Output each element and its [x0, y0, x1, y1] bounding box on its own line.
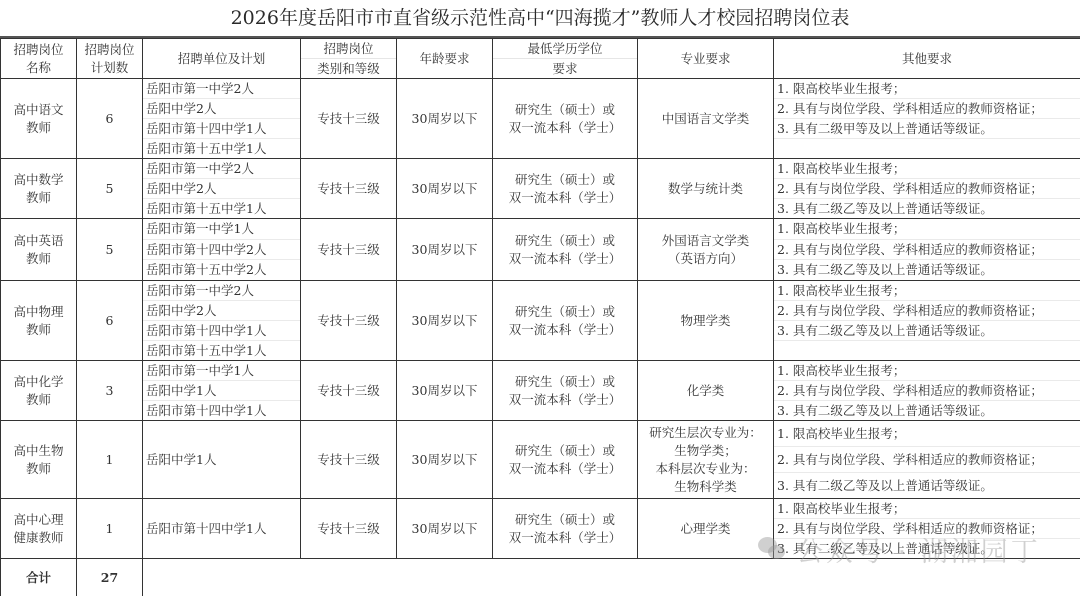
plan-count-cell: 5 [77, 159, 143, 219]
other-requirements-cell: 1. 限高校毕业生报考；2. 具有与岗位学段、学科相适应的教师资格证；3. 具有… [774, 281, 1080, 361]
education-cell: 研究生（硕士）或双一流本科（学士） [493, 79, 638, 159]
position-name-cell: 高中生物教师 [1, 421, 77, 499]
requirement-item: 1. 限高校毕业生报考； [774, 281, 1080, 301]
table-row: 高中心理健康教师1岳阳市第十四中学1人专技十三级30周岁以下研究生（硕士）或双一… [1, 499, 1080, 559]
major-cell: 外国语言文学类（英语方向） [638, 219, 774, 281]
requirement-item: 2. 具有与岗位学段、学科相适应的教师资格证； [774, 240, 1080, 261]
plan-count-cell: 6 [77, 281, 143, 361]
education-cell: 研究生（硕士）或双一流本科（学士） [493, 421, 638, 499]
other-requirements-cell: 1. 限高校毕业生报考；2. 具有与岗位学段、学科相适应的教师资格证；3. 具有… [774, 361, 1080, 421]
plan-count-cell: 5 [77, 219, 143, 281]
unit-item: 岳阳中学1人 [143, 381, 300, 401]
major-cell: 心理学类 [638, 499, 774, 559]
table-row: 高中化学教师3岳阳市第一中学1人岳阳中学1人岳阳市第十四中学1人专技十三级30周… [1, 361, 1080, 421]
header-category: 招聘岗位 类别和等级 [301, 39, 397, 79]
unit-item: 岳阳市第一中学1人 [143, 361, 300, 381]
age-cell: 30周岁以下 [397, 421, 493, 499]
table-row: 高中物理教师6岳阳市第一中学2人岳阳中学2人岳阳市第十四中学1人岳阳市第十五中学… [1, 281, 1080, 361]
units-cell: 岳阳市第一中学2人岳阳中学2人岳阳市第十五中学1人 [143, 159, 301, 219]
unit-item: 岳阳市第十五中学2人 [143, 260, 300, 280]
units-cell: 岳阳市第一中学2人岳阳中学2人岳阳市第十四中学1人岳阳市第十五中学1人 [143, 79, 301, 159]
age-cell: 30周岁以下 [397, 219, 493, 281]
unit-item: 岳阳市第十四中学1人 [143, 401, 300, 420]
units-cell: 岳阳市第一中学2人岳阳中学2人岳阳市第十四中学1人岳阳市第十五中学1人 [143, 281, 301, 361]
requirement-item: 1. 限高校毕业生报考； [774, 219, 1080, 240]
requirement-item: 2. 具有与岗位学段、学科相适应的教师资格证； [774, 301, 1080, 321]
total-empty-cell [143, 559, 1080, 596]
category-cell: 专技十三级 [301, 219, 397, 281]
category-cell: 专技十三级 [301, 281, 397, 361]
unit-item: 岳阳中学2人 [143, 301, 300, 321]
age-cell: 30周岁以下 [397, 281, 493, 361]
requirement-item: 1. 限高校毕业生报考； [774, 159, 1080, 179]
major-cell: 化学类 [638, 361, 774, 421]
requirement-item: 2. 具有与岗位学段、学科相适应的教师资格证； [774, 519, 1080, 539]
requirement-item: 3. 具有二级乙等及以上普通话等级证。 [774, 199, 1080, 218]
other-requirements-cell: 1. 限高校毕业生报考；2. 具有与岗位学段、学科相适应的教师资格证；3. 具有… [774, 421, 1080, 499]
header-row: 招聘岗位 名称 招聘岗位 计划数 招聘单位及计划 招聘岗位 类别和等级 年龄要求… [1, 39, 1080, 79]
position-name-cell: 高中物理教师 [1, 281, 77, 361]
table-row: 高中数学教师5岳阳市第一中学2人岳阳中学2人岳阳市第十五中学1人专技十三级30周… [1, 159, 1080, 219]
major-cell: 中国语言文学类 [638, 79, 774, 159]
table-row: 高中生物教师1岳阳中学1人专技十三级30周岁以下研究生（硕士）或双一流本科（学士… [1, 421, 1080, 499]
plan-count-cell: 1 [77, 421, 143, 499]
category-cell: 专技十三级 [301, 499, 397, 559]
position-name-cell: 高中语文教师 [1, 79, 77, 159]
unit-item: 岳阳市第十五中学1人 [143, 139, 300, 158]
unit-item: 岳阳市第十四中学2人 [143, 240, 300, 261]
unit-item: 岳阳中学2人 [143, 99, 300, 119]
other-requirements-cell: 1. 限高校毕业生报考；2. 具有与岗位学段、学科相适应的教师资格证；3. 具有… [774, 79, 1080, 159]
table-row: 高中英语教师5岳阳市第一中学1人岳阳市第十四中学2人岳阳市第十五中学2人专技十三… [1, 219, 1080, 281]
position-name-cell: 高中心理健康教师 [1, 499, 77, 559]
plan-count-cell: 6 [77, 79, 143, 159]
total-row: 合计 27 [1, 559, 1080, 596]
unit-item: 岳阳市第一中学2人 [143, 281, 300, 301]
requirement-item: 2. 具有与岗位学段、学科相适应的教师资格证； [774, 99, 1080, 119]
requirement-item: 3. 具有二级乙等及以上普通话等级证。 [774, 473, 1080, 498]
requirement-item: 1. 限高校毕业生报考； [774, 499, 1080, 519]
header-position-name: 招聘岗位 名称 [1, 39, 77, 79]
category-cell: 专技十三级 [301, 421, 397, 499]
requirement-item: 2. 具有与岗位学段、学科相适应的教师资格证； [774, 447, 1080, 473]
education-cell: 研究生（硕士）或双一流本科（学士） [493, 499, 638, 559]
education-cell: 研究生（硕士）或双一流本科（学士） [493, 361, 638, 421]
requirement-item: 1. 限高校毕业生报考； [774, 361, 1080, 381]
category-cell: 专技十三级 [301, 159, 397, 219]
units-cell: 岳阳中学1人 [143, 421, 301, 499]
table-row: 高中语文教师6岳阳市第一中学2人岳阳中学2人岳阳市第十四中学1人岳阳市第十五中学… [1, 79, 1080, 159]
age-cell: 30周岁以下 [397, 499, 493, 559]
position-name-cell: 高中化学教师 [1, 361, 77, 421]
total-label: 合计 [1, 559, 77, 596]
requirement-item: 1. 限高校毕业生报考； [774, 79, 1080, 99]
units-cell: 岳阳市第十四中学1人 [143, 499, 301, 559]
requirement-item: 2. 具有与岗位学段、学科相适应的教师资格证； [774, 381, 1080, 401]
education-cell: 研究生（硕士）或双一流本科（学士） [493, 219, 638, 281]
unit-item: 岳阳市第十五中学1人 [143, 199, 300, 218]
requirement-item: 3. 具有二级乙等及以上普通话等级证。 [774, 401, 1080, 420]
header-education: 最低学历学位 要求 [493, 39, 638, 79]
position-name-cell: 高中英语教师 [1, 219, 77, 281]
other-requirements-cell: 1. 限高校毕业生报考；2. 具有与岗位学段、学科相适应的教师资格证；3. 具有… [774, 499, 1080, 559]
age-cell: 30周岁以下 [397, 79, 493, 159]
unit-item: 岳阳市第十四中学1人 [143, 119, 300, 139]
header-major: 专业要求 [638, 39, 774, 79]
major-cell: 物理学类 [638, 281, 774, 361]
requirement-item: 3. 具有二级甲等及以上普通话等级证。 [774, 119, 1080, 139]
requirement-item: 3. 具有二级乙等及以上普通话等级证。 [774, 321, 1080, 341]
unit-item: 岳阳市第一中学1人 [143, 219, 300, 240]
header-plan-count: 招聘岗位 计划数 [77, 39, 143, 79]
requirement-item [774, 139, 1080, 158]
unit-item: 岳阳市第十五中学1人 [143, 341, 300, 360]
education-cell: 研究生（硕士）或双一流本科（学士） [493, 281, 638, 361]
major-cell: 研究生层次专业为：生物学类；本科层次专业为：生物科学类 [638, 421, 774, 499]
unit-item: 岳阳市第一中学2人 [143, 79, 300, 99]
header-age: 年龄要求 [397, 39, 493, 79]
other-requirements-cell: 1. 限高校毕业生报考；2. 具有与岗位学段、学科相适应的教师资格证；3. 具有… [774, 219, 1080, 281]
age-cell: 30周岁以下 [397, 361, 493, 421]
unit-item: 岳阳中学2人 [143, 179, 300, 199]
recruitment-table: 招聘岗位 名称 招聘岗位 计划数 招聘单位及计划 招聘岗位 类别和等级 年龄要求… [0, 38, 1080, 596]
unit-item: 岳阳中学1人 [143, 421, 300, 498]
requirement-item: 1. 限高校毕业生报考； [774, 421, 1080, 447]
units-cell: 岳阳市第一中学1人岳阳中学1人岳阳市第十四中学1人 [143, 361, 301, 421]
header-units: 招聘单位及计划 [143, 39, 301, 79]
plan-count-cell: 1 [77, 499, 143, 559]
unit-item: 岳阳市第十四中学1人 [143, 499, 300, 558]
age-cell: 30周岁以下 [397, 159, 493, 219]
other-requirements-cell: 1. 限高校毕业生报考；2. 具有与岗位学段、学科相适应的教师资格证；3. 具有… [774, 159, 1080, 219]
requirement-item: 3. 具有二级乙等及以上普通话等级证。 [774, 260, 1080, 280]
major-cell: 数学与统计类 [638, 159, 774, 219]
requirement-item [774, 341, 1080, 360]
plan-count-cell: 3 [77, 361, 143, 421]
page-title: 2026年度岳阳市市直省级示范性高中“四海揽才”教师人才校园招聘岗位表 [0, 0, 1080, 38]
category-cell: 专技十三级 [301, 361, 397, 421]
requirement-item: 2. 具有与岗位学段、学科相适应的教师资格证； [774, 179, 1080, 199]
total-count: 27 [77, 559, 143, 596]
education-cell: 研究生（硕士）或双一流本科（学士） [493, 159, 638, 219]
category-cell: 专技十三级 [301, 79, 397, 159]
header-other: 其他要求 [774, 39, 1080, 79]
unit-item: 岳阳市第一中学2人 [143, 159, 300, 179]
units-cell: 岳阳市第一中学1人岳阳市第十四中学2人岳阳市第十五中学2人 [143, 219, 301, 281]
unit-item: 岳阳市第十四中学1人 [143, 321, 300, 341]
position-name-cell: 高中数学教师 [1, 159, 77, 219]
requirement-item: 3. 具有二级乙等及以上普通话等级证。 [774, 539, 1080, 558]
